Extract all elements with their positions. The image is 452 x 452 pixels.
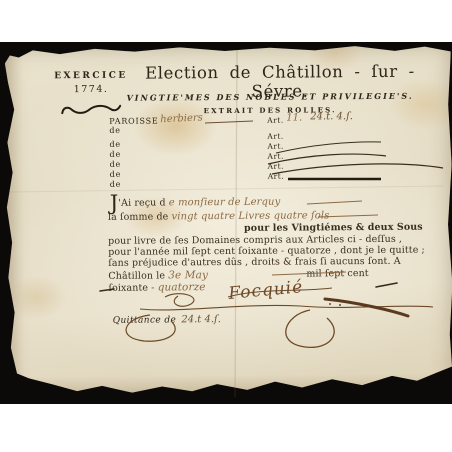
de-label: de <box>110 180 122 189</box>
screenshot-page: EXERCICE 1774. Election de Châtillon - ſ… <box>0 0 452 452</box>
article-label: Art. <box>268 172 284 181</box>
mil-sept-cent-print: mil ſept cent <box>306 268 368 279</box>
article-label: Art. <box>267 132 283 141</box>
chatillon-print: Châtillon le <box>108 270 165 281</box>
document-paper: EXERCICE 1774. Election de Châtillon - ſ… <box>5 44 452 401</box>
article-amount-handwritten: 24.t. 4.ſ. <box>310 111 353 122</box>
article-label: Art. <box>267 116 283 125</box>
document-subtitle: VINGTIE'MES DES NOBLES ET PRIVILEGIE'S. <box>109 91 431 103</box>
soixante-line: ſoixante - quatorze <box>108 281 205 294</box>
signature-handwritten: Focquié <box>228 277 305 304</box>
article-number-handwritten: 11. <box>286 112 302 123</box>
receipt-intro-print: 'Ai reçu d <box>118 197 165 208</box>
article-label: Art. <box>267 142 283 151</box>
quittance-line: Quittance de 24.t 4.ſ. <box>113 307 221 327</box>
prejudice-line: ſans préjudice d'autres dûs , droits & f… <box>108 256 400 269</box>
sum-amount-handwritten: vingt quatre Livres quatre ſols <box>171 210 329 222</box>
document-section-heading: EXTRAIT DES ROLLES. <box>109 105 431 116</box>
sum-line: la ſomme de vingt quatre Livres quatre ſ… <box>108 210 330 223</box>
quatorze-handwritten: quatorze <box>158 281 206 293</box>
vingtiemes-line: pour les Vingtiémes & deux Sous <box>244 222 423 234</box>
soixante-print: ſoixante - <box>108 283 154 294</box>
article-label: Art. <box>268 162 284 171</box>
exercice-label: EXERCICE <box>49 71 133 82</box>
date-handwritten: 3e May <box>168 269 208 281</box>
article-label: Art. <box>268 152 284 161</box>
chatillon-line: Châtillon le 3e May <box>108 269 208 282</box>
empty-roll-row: de Art. <box>110 172 122 191</box>
payer-name-handwritten: e monſieur de Lerquy <box>169 197 281 209</box>
paroisse-value-handwritten: herbiers <box>160 112 203 125</box>
receipt-intro-line: J'Ai reçu d e monſieur de Lerquy <box>110 197 281 209</box>
sum-print: la ſomme de <box>108 211 168 222</box>
quittance-label: Quittance de <box>113 315 177 325</box>
quittance-amount-handwritten: 24.t 4.ſ. <box>181 314 221 325</box>
